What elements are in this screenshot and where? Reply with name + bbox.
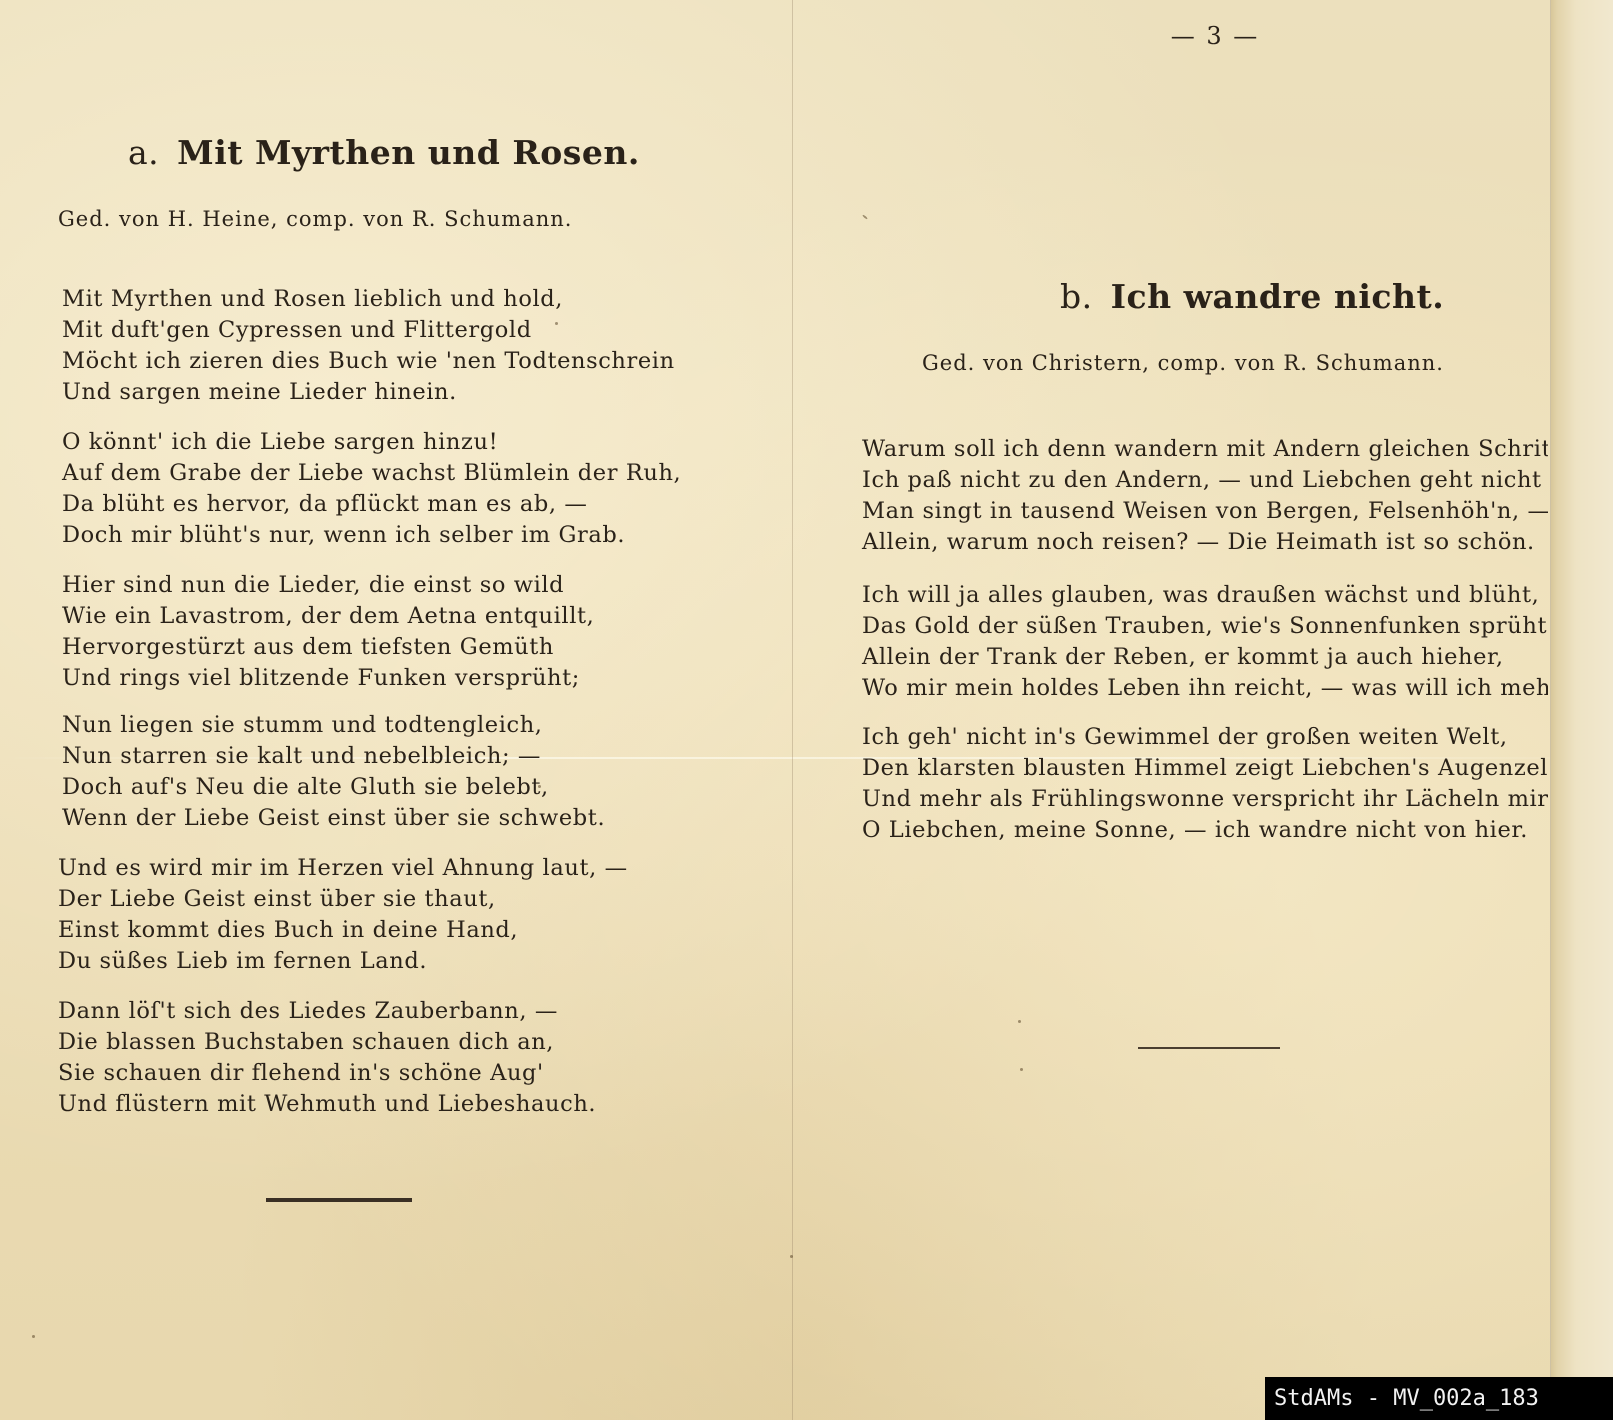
verse-line: Sie schauen dir flehend in's schöne Aug' bbox=[58, 1058, 596, 1089]
section-end-rule bbox=[1138, 1047, 1280, 1049]
two-page-spread: a.Mit Myrthen und Rosen. Ged. von H. Hei… bbox=[0, 0, 1548, 1420]
verse-line: Und flüstern mit Wehmuth und Liebeshauch… bbox=[58, 1089, 596, 1120]
song-a-byline: Ged. von H. Heine, comp. von R. Schumann… bbox=[58, 207, 572, 231]
verse-line: Die blassen Buchstaben schauen dich an, bbox=[58, 1027, 596, 1058]
verse-line: Wo mir mein holdes Leben ihn reicht, — w… bbox=[862, 673, 1548, 704]
verse-line: Möcht ich zieren dies Buch wie 'nen Todt… bbox=[62, 346, 675, 377]
archive-id-label: StdAMs - MV_002a_183 bbox=[1265, 1377, 1613, 1420]
paper-speck bbox=[538, 785, 541, 788]
verse-line: Allein, warum noch reisen? — Die Heimath… bbox=[862, 527, 1548, 558]
song-a-letter: a. bbox=[128, 133, 159, 172]
page-number: — 3 — bbox=[1140, 22, 1290, 50]
song-b-stanza-3: Ich geh' nicht in's Gewimmel der großen … bbox=[862, 722, 1548, 846]
song-b-title-text: Ich wandre nicht. bbox=[1111, 277, 1445, 316]
paper-speck bbox=[1020, 1068, 1023, 1071]
paper-speck bbox=[32, 1335, 35, 1338]
section-end-rule bbox=[266, 1198, 412, 1202]
verse-line: Doch mir blüht's nur, wenn ich selber im… bbox=[62, 520, 681, 551]
paper-speck bbox=[1018, 1020, 1021, 1023]
verse-line: Ich will ja alles glauben, was draußen w… bbox=[862, 580, 1548, 611]
verse-line: Der Liebe Geist einst über sie thaut, bbox=[58, 884, 628, 915]
verse-line: Wenn der Liebe Geist einst über sie schw… bbox=[62, 803, 605, 834]
verse-line: Und es wird mir im Herzen viel Ahnung la… bbox=[58, 853, 628, 884]
verse-line: Da blüht es hervor, da pflückt man es ab… bbox=[62, 489, 681, 520]
song-b-byline: Ged. von Christern, comp. von R. Schuman… bbox=[922, 351, 1444, 375]
song-a-stanza-1: Mit Myrthen und Rosen lieblich und hold,… bbox=[62, 284, 675, 408]
verse-line: Nun starren sie kalt und nebelbleich; — bbox=[62, 741, 605, 772]
song-a-title-text: Mit Myrthen und Rosen. bbox=[177, 133, 640, 172]
song-a-stanza-4: Nun liegen sie stumm und todtengleich, N… bbox=[62, 710, 605, 834]
verse-line: Allein der Trank der Reben, er kommt ja … bbox=[862, 642, 1548, 673]
song-b-stanza-1: Warum soll ich denn wandern mit Andern g… bbox=[862, 434, 1548, 558]
verse-line: Hier sind nun die Lieder, die einst so w… bbox=[62, 570, 594, 601]
verse-line: Das Gold der süßen Trauben, wie's Sonnen… bbox=[862, 611, 1548, 642]
verse-line: Und rings viel blitzende Funken versprüh… bbox=[62, 663, 594, 694]
verse-line: Du süßes Lieb im fernen Land. bbox=[58, 946, 628, 977]
verse-line: Ich geh' nicht in's Gewimmel der großen … bbox=[862, 722, 1548, 753]
verse-line: Doch auf's Neu die alte Gluth sie belebt… bbox=[62, 772, 605, 803]
verse-line: O könnt' ich die Liebe sargen hinzu! bbox=[62, 427, 681, 458]
paper-speck bbox=[555, 322, 558, 325]
paper-speck bbox=[862, 214, 868, 219]
song-b-letter: b. bbox=[1060, 277, 1093, 316]
song-a-stanza-2: O könnt' ich die Liebe sargen hinzu! Auf… bbox=[62, 427, 681, 551]
verse-line: Und sargen meine Lieder hinein. bbox=[62, 377, 675, 408]
verse-line: Ich paß nicht zu den Andern, — und Liebc… bbox=[862, 465, 1548, 496]
verse-line: Mit duft'gen Cypressen und Flittergold bbox=[62, 315, 675, 346]
verse-line: Man singt in tausend Weisen von Bergen, … bbox=[862, 496, 1548, 527]
verse-line: Einst kommt dies Buch in deine Hand, bbox=[58, 915, 628, 946]
song-b-title: b.Ich wandre nicht. bbox=[1060, 277, 1444, 316]
verse-line: Wie ein Lavastrom, der dem Aetna entquil… bbox=[62, 601, 594, 632]
song-a-stanza-6: Dann löſ't sich des Liedes Zauberbann, —… bbox=[58, 996, 596, 1120]
verse-line: Auf dem Grabe der Liebe wachst Blümlein … bbox=[62, 458, 681, 489]
verse-line: O Liebchen, meine Sonne, — ich wandre ni… bbox=[862, 815, 1548, 846]
song-b-stanza-2: Ich will ja alles glauben, was draußen w… bbox=[862, 580, 1548, 704]
song-a-stanza-3: Hier sind nun die Lieder, die einst so w… bbox=[62, 570, 594, 694]
paper-speck bbox=[790, 1255, 793, 1258]
verse-line: Hervorgestürzt aus dem tiefsten Gemüth bbox=[62, 632, 594, 663]
verse-line: Warum soll ich denn wandern mit Andern g… bbox=[862, 434, 1548, 465]
verse-line: Und mehr als Frühlingswonne verspricht i… bbox=[862, 784, 1548, 815]
verse-line: Mit Myrthen und Rosen lieblich und hold, bbox=[62, 284, 675, 315]
verse-line: Den klarsten blausten Himmel zeigt Liebc… bbox=[862, 753, 1548, 784]
song-a-stanza-5: Und es wird mir im Herzen viel Ahnung la… bbox=[58, 853, 628, 977]
torn-page-edge bbox=[1550, 0, 1613, 1420]
verse-line: Nun liegen sie stumm und todtengleich, bbox=[62, 710, 605, 741]
song-a-title: a.Mit Myrthen und Rosen. bbox=[128, 133, 640, 172]
verse-line: Dann löſ't sich des Liedes Zauberbann, — bbox=[58, 996, 596, 1027]
